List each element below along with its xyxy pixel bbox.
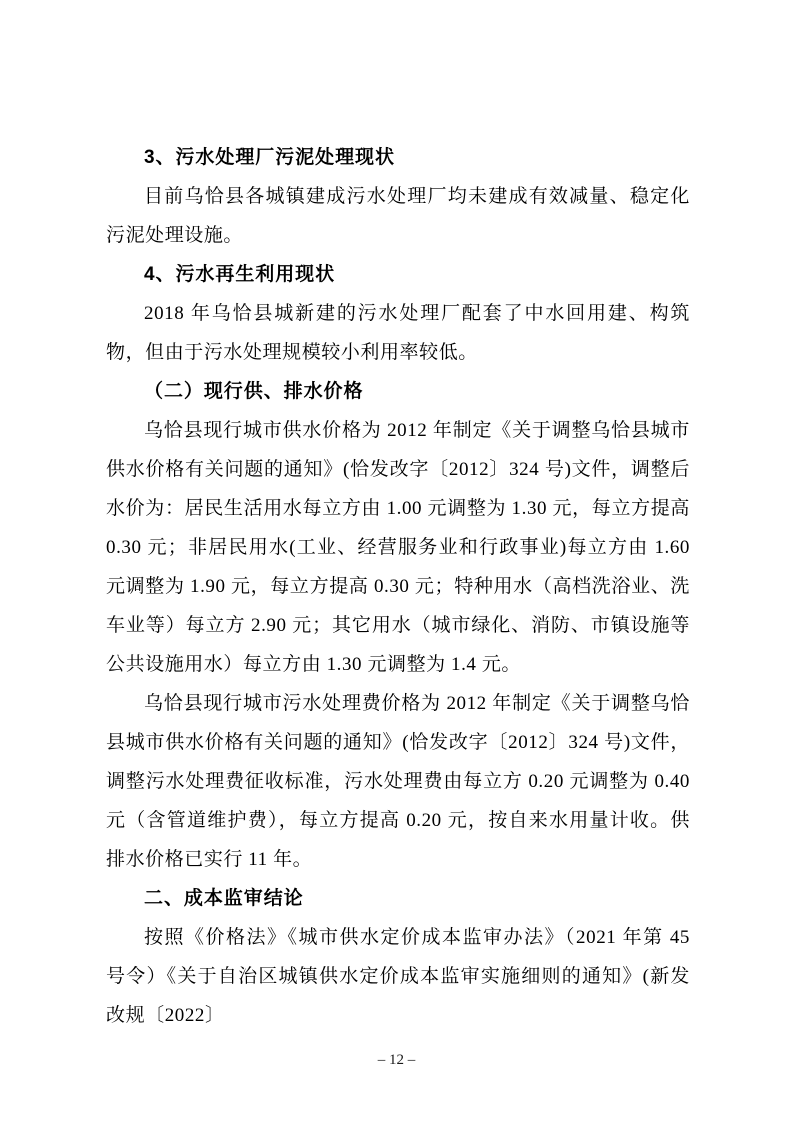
- section-heading-current-prices: （二）现行供、排水价格: [106, 372, 690, 411]
- document-body: 3、污水处理厂污泥处理现状 目前乌恰县各城镇建成污水处理厂均未建成有效减量、稳定…: [106, 138, 690, 1035]
- page-number: – 12 –: [0, 1050, 793, 1070]
- paragraph-water-reuse: 2018 年乌恰县城新建的污水处理厂配套了中水回用建、构筑物，但由于污水处理规模…: [106, 294, 690, 372]
- document-page: 3、污水处理厂污泥处理现状 目前乌恰县各城镇建成污水处理厂均未建成有效减量、稳定…: [0, 0, 793, 1122]
- paragraph-water-supply-price: 乌恰县现行城市供水价格为 2012 年制定《关于调整乌恰县城市供水价格有关问题的…: [106, 411, 690, 684]
- paragraph-cost-review-basis: 按照《价格法》《城市供水定价成本监审办法》（2021 年第 45 号令）《关于自…: [106, 918, 690, 1035]
- paragraph-sludge-treatment: 目前乌恰县各城镇建成污水处理厂均未建成有效减量、稳定化污泥处理设施。: [106, 177, 690, 255]
- paragraph-sewage-treatment-fee: 乌恰县现行城市污水处理费价格为 2012 年制定《关于调整乌恰县城市供水价格有关…: [106, 684, 690, 879]
- section-heading-sludge-treatment: 3、污水处理厂污泥处理现状: [106, 138, 690, 177]
- section-heading-water-reuse: 4、污水再生利用现状: [106, 255, 690, 294]
- section-heading-cost-review-conclusion: 二、成本监审结论: [106, 879, 690, 918]
